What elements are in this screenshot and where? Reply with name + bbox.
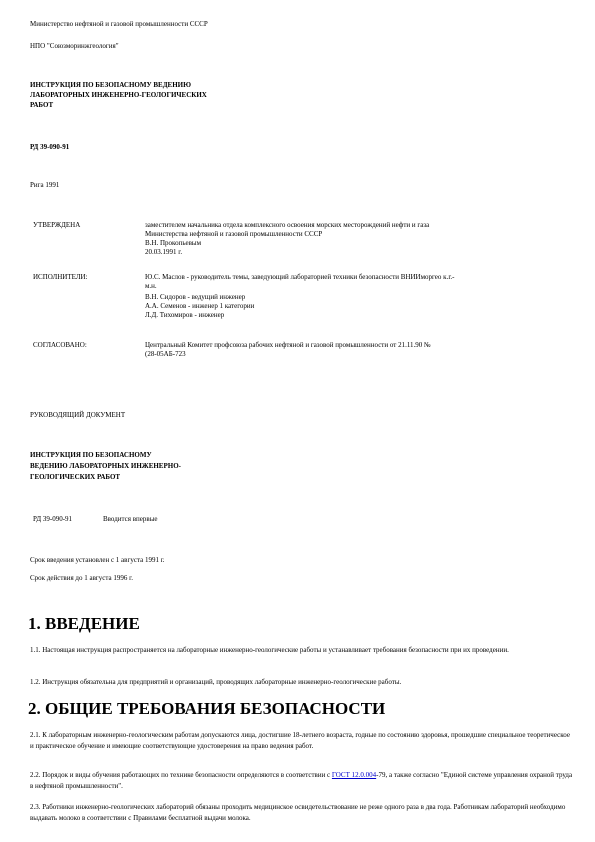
paragraph-1-2: 1.2. Инструкция обязательна для предприя… — [30, 677, 575, 688]
paragraph-1-1: 1.1. Настоящая инструкция распространяет… — [30, 645, 575, 656]
paragraph-2-3: 2.3. Работники инженерно-геологических л… — [30, 802, 575, 823]
authors-details: Ю.С. Маслов - руководитель темы, заведую… — [145, 273, 565, 320]
agreed-line: (28-05АБ-723 — [145, 350, 565, 359]
intro-note: Вводится впервые — [103, 515, 158, 524]
author-line: м.н. — [145, 282, 565, 291]
doc-title-line2: ЛАБОРАТОРНЫХ ИНЖЕНЕРНО-ГЕОЛОГИЧЕСКИХ — [30, 91, 207, 100]
agreed-label: СОГЛАСОВАНО: — [33, 341, 87, 350]
guiding-doc-label: РУКОВОДЯЩИЙ ДОКУМЕНТ — [30, 411, 125, 420]
guiding-title-line3: ГЕОЛОГИЧЕСКИХ РАБОТ — [30, 473, 120, 482]
author-line: А.А. Семенов - инженер 1 категории — [145, 302, 565, 311]
section-heading-general-requirements: 2. ОБЩИЕ ТРЕБОВАНИЯ БЕЗОПАСНОСТИ — [28, 699, 385, 719]
gost-link[interactable]: ГОСТ 12.0.004 — [332, 771, 376, 779]
author-line: Ю.С. Маслов - руководитель темы, заведую… — [145, 273, 565, 282]
paragraph-2-1: 2.1. К лабораторным инженерно-геологичес… — [30, 730, 575, 751]
paragraph-2-2-text: 2.2. Порядок и виды обучения работающих … — [30, 771, 332, 779]
agreed-line: Центральный Комитет профсоюза рабочих не… — [145, 341, 565, 350]
author-line: Л.Д. Тихомиров - инженер — [145, 311, 565, 320]
section-heading-introduction: 1. ВВЕДЕНИЕ — [28, 614, 140, 634]
approved-line: 20.03.1991 г. — [145, 248, 565, 257]
approved-line: Министерства нефтяной и газовой промышле… — [145, 230, 565, 239]
authors-label: ИСПОЛНИТЕЛИ: — [33, 273, 88, 282]
author-line: В.Н. Сидоров - ведущий инженер — [145, 293, 565, 302]
guiding-title-line2: ВЕДЕНИЮ ЛАБОРАТОРНЫХ ИНЖЕНЕРНО- — [30, 462, 181, 471]
approved-label: УТВЕРЖДЕНА — [33, 221, 80, 230]
doc-code: РД 39-090-91 — [30, 143, 69, 152]
ministry-name: Министерство нефтяной и газовой промышле… — [30, 20, 208, 29]
doc-title-line3: РАБОТ — [30, 101, 53, 110]
guiding-title-line1: ИНСТРУКЦИЯ ПО БЕЗОПАСНОМУ — [30, 451, 152, 460]
approved-details: заместителем начальника отдела комплексн… — [145, 221, 565, 257]
agreed-details: Центральный Комитет профсоюза рабочих не… — [145, 341, 565, 359]
paragraph-2-2: 2.2. Порядок и виды обучения работающих … — [30, 770, 575, 791]
approved-line: В.Н. Прокопьевым — [145, 239, 565, 248]
approved-line: заместителем начальника отдела комплексн… — [145, 221, 565, 230]
organization-name: НПО "Союзморинжгеология" — [30, 42, 119, 51]
valid-until-date: Срок действия до 1 августа 1996 г. — [30, 574, 133, 583]
doc-title-line1: ИНСТРУКЦИЯ ПО БЕЗОПАСНОМУ ВЕДЕНИЮ — [30, 81, 191, 90]
effective-date: Срок введения установлен с 1 августа 199… — [30, 556, 165, 565]
guiding-code: РД 39-090-91 — [33, 515, 72, 524]
place-year: Рига 1991 — [30, 181, 59, 190]
